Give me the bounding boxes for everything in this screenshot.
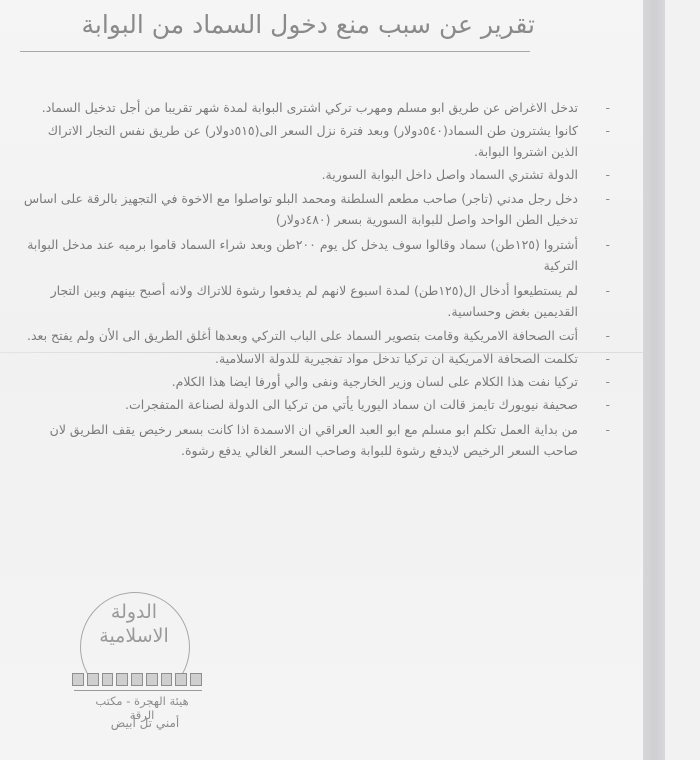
- list-item: -كانوا يشترون طن السماد(٥٤٠دولار) وبعد ف…: [18, 120, 630, 162]
- document-title: تقرير عن سبب منع دخول السماد من البوابة: [82, 10, 536, 39]
- list-item: -تدخل الاغراض عن طريق ابو مسلم ومهرب ترك…: [18, 97, 630, 118]
- item-text: أتت الصحافة الامريكية وقامت بتصوير السما…: [27, 328, 578, 343]
- stamp-pattern-bar: [72, 672, 202, 686]
- item-text: صحيفة نيويورك تايمز قالت ان سماد اليوريا…: [125, 397, 578, 412]
- stamp-pattern-cell: [175, 673, 187, 686]
- list-item: -لم يستطيعوا أدخال ال(١٢٥طن) لمدة اسبوع …: [18, 280, 630, 322]
- bullet-dash: -: [605, 325, 610, 346]
- item-text: أشتروا (١٢٥طن) سماد وقالوا سوف يدخل كل ي…: [27, 237, 578, 273]
- list-item: -أشتروا (١٢٥طن) سماد وقالوا سوف يدخل كل …: [18, 234, 630, 276]
- list-item: -دخل رجل مدني (تاجر) صاحب مطعم السلطنة و…: [18, 188, 630, 230]
- bullet-dash: -: [605, 164, 610, 185]
- title-underline: [20, 51, 530, 52]
- bullet-dash: -: [605, 97, 610, 118]
- bullet-dash: -: [605, 394, 610, 415]
- stamp-underline: [74, 690, 202, 691]
- stamp-pattern-cell: [190, 673, 202, 686]
- stamp-pattern-cell: [116, 673, 128, 686]
- item-text: كانوا يشترون طن السماد(٥٤٠دولار) وبعد فت…: [48, 123, 578, 159]
- stamp-pattern-cell: [161, 673, 173, 686]
- list-item: -تركيا نفت هذا الكلام على لسان وزير الخا…: [18, 371, 630, 392]
- bullet-dash: -: [605, 280, 610, 301]
- signature: أمني تل أبيض: [100, 716, 190, 730]
- bullet-dash: -: [605, 234, 610, 255]
- stamp-pattern-cell: [72, 673, 84, 686]
- stamp-pattern-cell: [146, 673, 158, 686]
- bullet-dash: -: [605, 348, 610, 369]
- page-margin: [665, 0, 700, 760]
- bullet-dash: -: [605, 371, 610, 392]
- stamp-pattern-cell: [87, 673, 99, 686]
- list-item: -أتت الصحافة الامريكية وقامت بتصوير السم…: [18, 325, 630, 346]
- item-text: تدخل الاغراض عن طريق ابو مسلم ومهرب تركي…: [42, 100, 578, 115]
- item-text: من بداية العمل تكلم ابو مسلم مع ابو العب…: [50, 422, 578, 458]
- list-item: -الدولة تشتري السماد واصل داخل البوابة ا…: [18, 164, 630, 185]
- stamp-emblem-line1: الدولة: [90, 600, 178, 624]
- bullet-dash: -: [605, 419, 610, 440]
- stamp-pattern-cell: [131, 673, 143, 686]
- list-item: -صحيفة نيويورك تايمز قالت ان سماد اليوري…: [18, 394, 630, 415]
- stamp-emblem: الدولة الاسلامية: [90, 600, 178, 648]
- item-text: تركيا نفت هذا الكلام على لسان وزير الخار…: [172, 374, 578, 389]
- report-items-list: -تدخل الاغراض عن طريق ابو مسلم ومهرب ترك…: [18, 97, 630, 461]
- document-body: -تدخل الاغراض عن طريق ابو مسلم ومهرب ترك…: [18, 97, 630, 461]
- official-stamp: الدولة الاسلامية: [80, 592, 190, 682]
- bullet-dash: -: [605, 120, 610, 141]
- item-text: تكلمت الصحافة الامريكية ان تركيا تدخل مو…: [215, 351, 578, 366]
- item-text: دخل رجل مدني (تاجر) صاحب مطعم السلطنة وم…: [24, 191, 578, 227]
- list-item: -تكلمت الصحافة الامريكية ان تركيا تدخل م…: [18, 348, 630, 369]
- bullet-dash: -: [605, 188, 610, 209]
- list-item: -من بداية العمل تكلم ابو مسلم مع ابو الع…: [18, 419, 630, 461]
- item-text: الدولة تشتري السماد واصل داخل البوابة ال…: [322, 167, 578, 182]
- stamp-emblem-line2: الاسلامية: [90, 624, 178, 648]
- page-edge-shadow: [643, 0, 665, 760]
- stamp-pattern-cell: [102, 673, 114, 686]
- item-text: لم يستطيعوا أدخال ال(١٢٥طن) لمدة اسبوع ل…: [51, 283, 578, 319]
